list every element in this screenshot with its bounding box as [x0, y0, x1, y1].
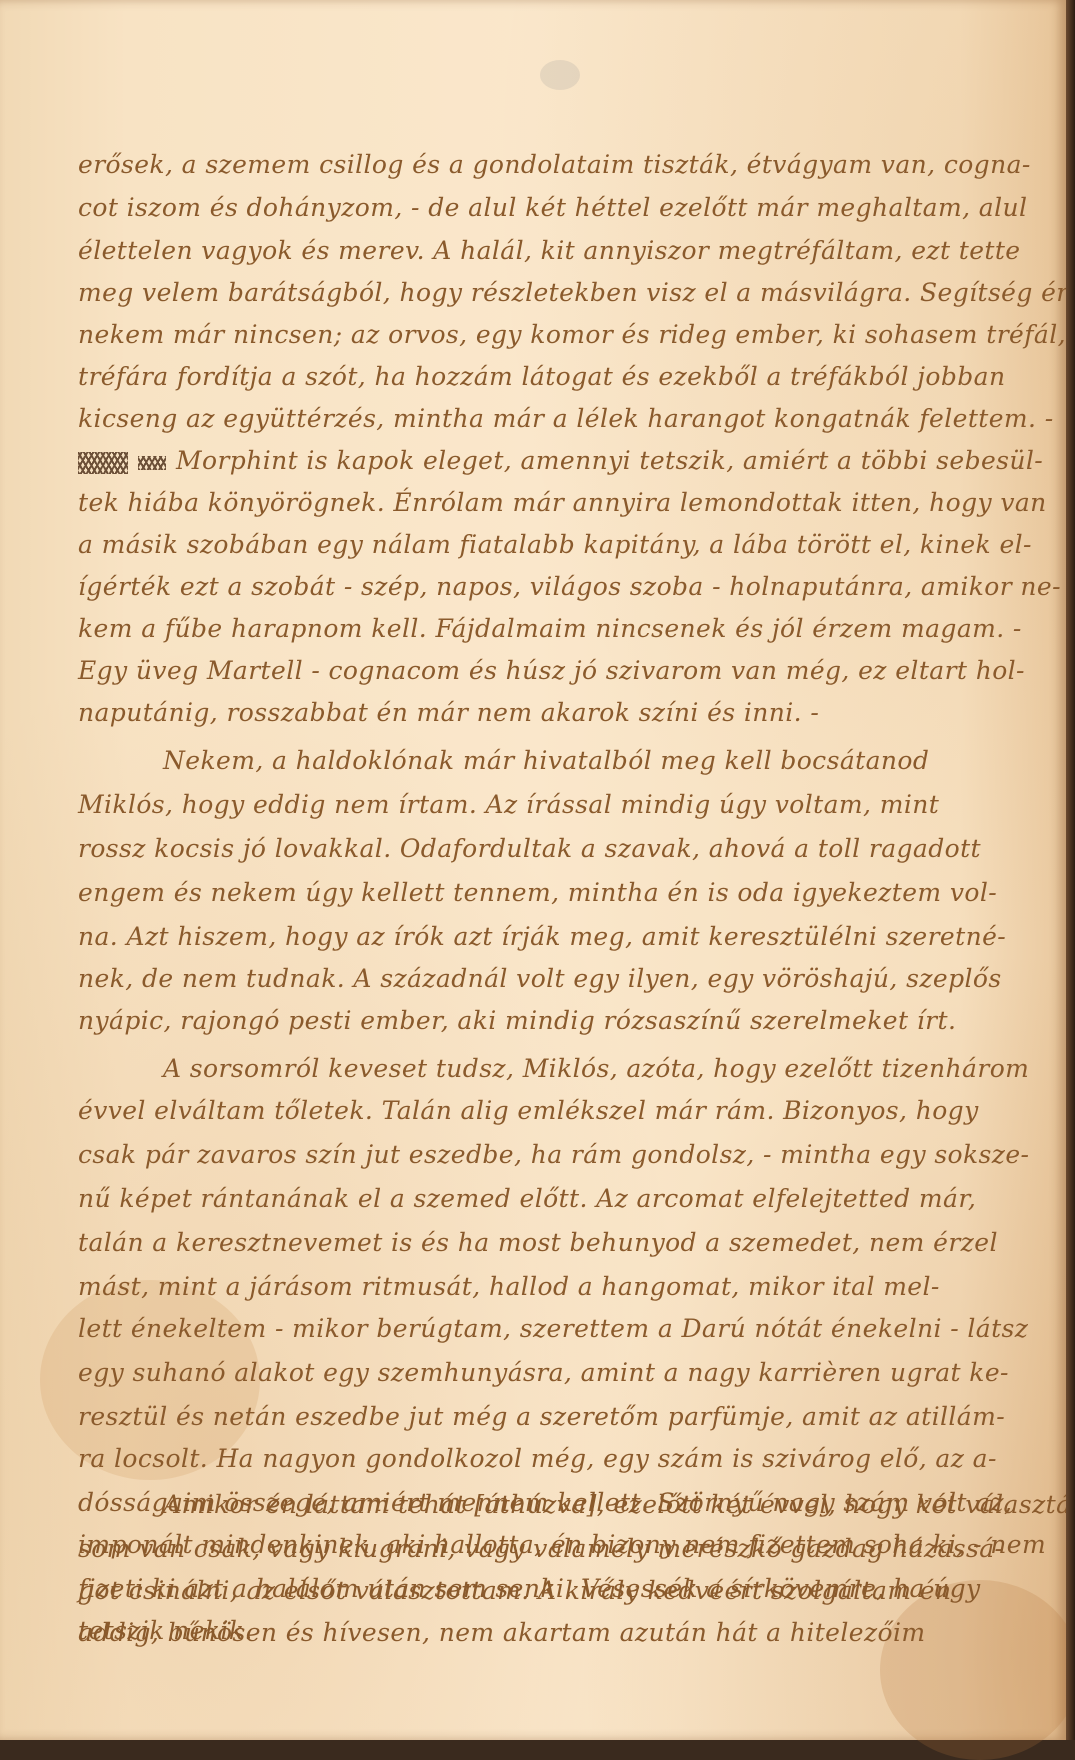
- text-line: resztül és netán eszedbe jut még a szere…: [78, 1402, 1005, 1432]
- text-line: naputánig, rosszabbat én már nem akarok …: [78, 698, 819, 728]
- text-line: csak pár zavaros szín jut eszedbe, ha rá…: [78, 1140, 1029, 1170]
- paragraph-start: A sorsomról keveset tudsz, Miklós, azóta…: [78, 1054, 1029, 1084]
- paragraph-start: Nekem, a haldoklónak már hivatalból meg …: [78, 746, 929, 776]
- text-line: évvel elváltam tőletek. Talán alig emlék…: [78, 1096, 979, 1126]
- text-line-content: Morphint is kapok eleget, amennyi tetszi…: [176, 446, 1043, 475]
- text-line: mást, mint a járásom ritmusát, hallod a …: [78, 1272, 940, 1302]
- paper-smudge: [540, 60, 580, 90]
- text-line: tek hiába könyörögnek. Énrólam már annyi…: [78, 488, 1047, 518]
- text-line: tréfára fordítja a szót, ha hozzám látog…: [78, 362, 1005, 392]
- text-line: cot iszom és dohányzom, - de alul két hé…: [78, 193, 1027, 223]
- paragraph-start: Amikor én láttam tehát [áthúzva], ezelőt…: [78, 1490, 1075, 1520]
- text-line: na. Azt hiszem, hogy az írók azt írják m…: [78, 922, 1006, 952]
- text-line: rossz kocsis jó lovakkal. Odafordultak a…: [78, 834, 981, 864]
- text-line: nek, de nem tudnak. A századnál volt egy…: [78, 964, 1002, 994]
- text-line: lett énekeltem - mikor berúgtam, szerett…: [78, 1314, 1028, 1344]
- text-line: ra locsolt. Ha nagyon gondolkozol még, e…: [78, 1444, 997, 1474]
- text-line: kicseng az együttérzés, mintha már a lél…: [78, 404, 1054, 434]
- text-line: got csinálni, az elsőt választottam. A k…: [78, 1576, 952, 1606]
- manuscript-page: erősek, a szemem csillog és a gondolatai…: [0, 0, 1066, 1740]
- text-line: som van csak, vagy kiugrani, vagy valame…: [78, 1534, 1003, 1564]
- text-line: nekem már nincsen; az orvos, egy komor é…: [78, 320, 1066, 350]
- text-line: erősek, a szemem csillog és a gondolatai…: [78, 150, 1031, 180]
- text-line: addig, bűnösen és hívesen, nem akartam a…: [78, 1618, 925, 1648]
- crossed-out-mark: [138, 456, 166, 470]
- text-line: Morphint is kapok eleget, amennyi tetszi…: [78, 446, 1043, 476]
- text-line: ígérték ezt a szobát - szép, napos, vilá…: [78, 572, 1061, 602]
- text-line: nű képet rántanának el a szemed előtt. A…: [78, 1184, 976, 1214]
- text-line: élettelen vagyok és merev. A halál, kit …: [78, 236, 1020, 266]
- text-line: Miklós, hogy eddig nem írtam. Az írással…: [78, 790, 939, 820]
- crossed-out-mark: [78, 452, 128, 474]
- text-line: talán a keresztnevemet is és ha most beh…: [78, 1228, 998, 1258]
- text-line: Egy üveg Martell - cognacom és húsz jó s…: [78, 656, 1025, 686]
- text-line: egy suhanó alakot egy szemhunyásra, amin…: [78, 1358, 1009, 1388]
- book-binding-edge: [1066, 0, 1075, 1740]
- text-line: kem a fűbe harapnom kell. Fájdalmaim nin…: [78, 614, 1022, 644]
- text-line: a másik szobában egy nálam fiatalabb kap…: [78, 530, 1032, 560]
- text-line: nyápic, rajongó pesti ember, aki mindig …: [78, 1006, 956, 1036]
- text-line: engem és nekem úgy kellett tennem, minth…: [78, 878, 997, 908]
- text-line: meg velem barátságból, hogy részletekben…: [78, 278, 1073, 308]
